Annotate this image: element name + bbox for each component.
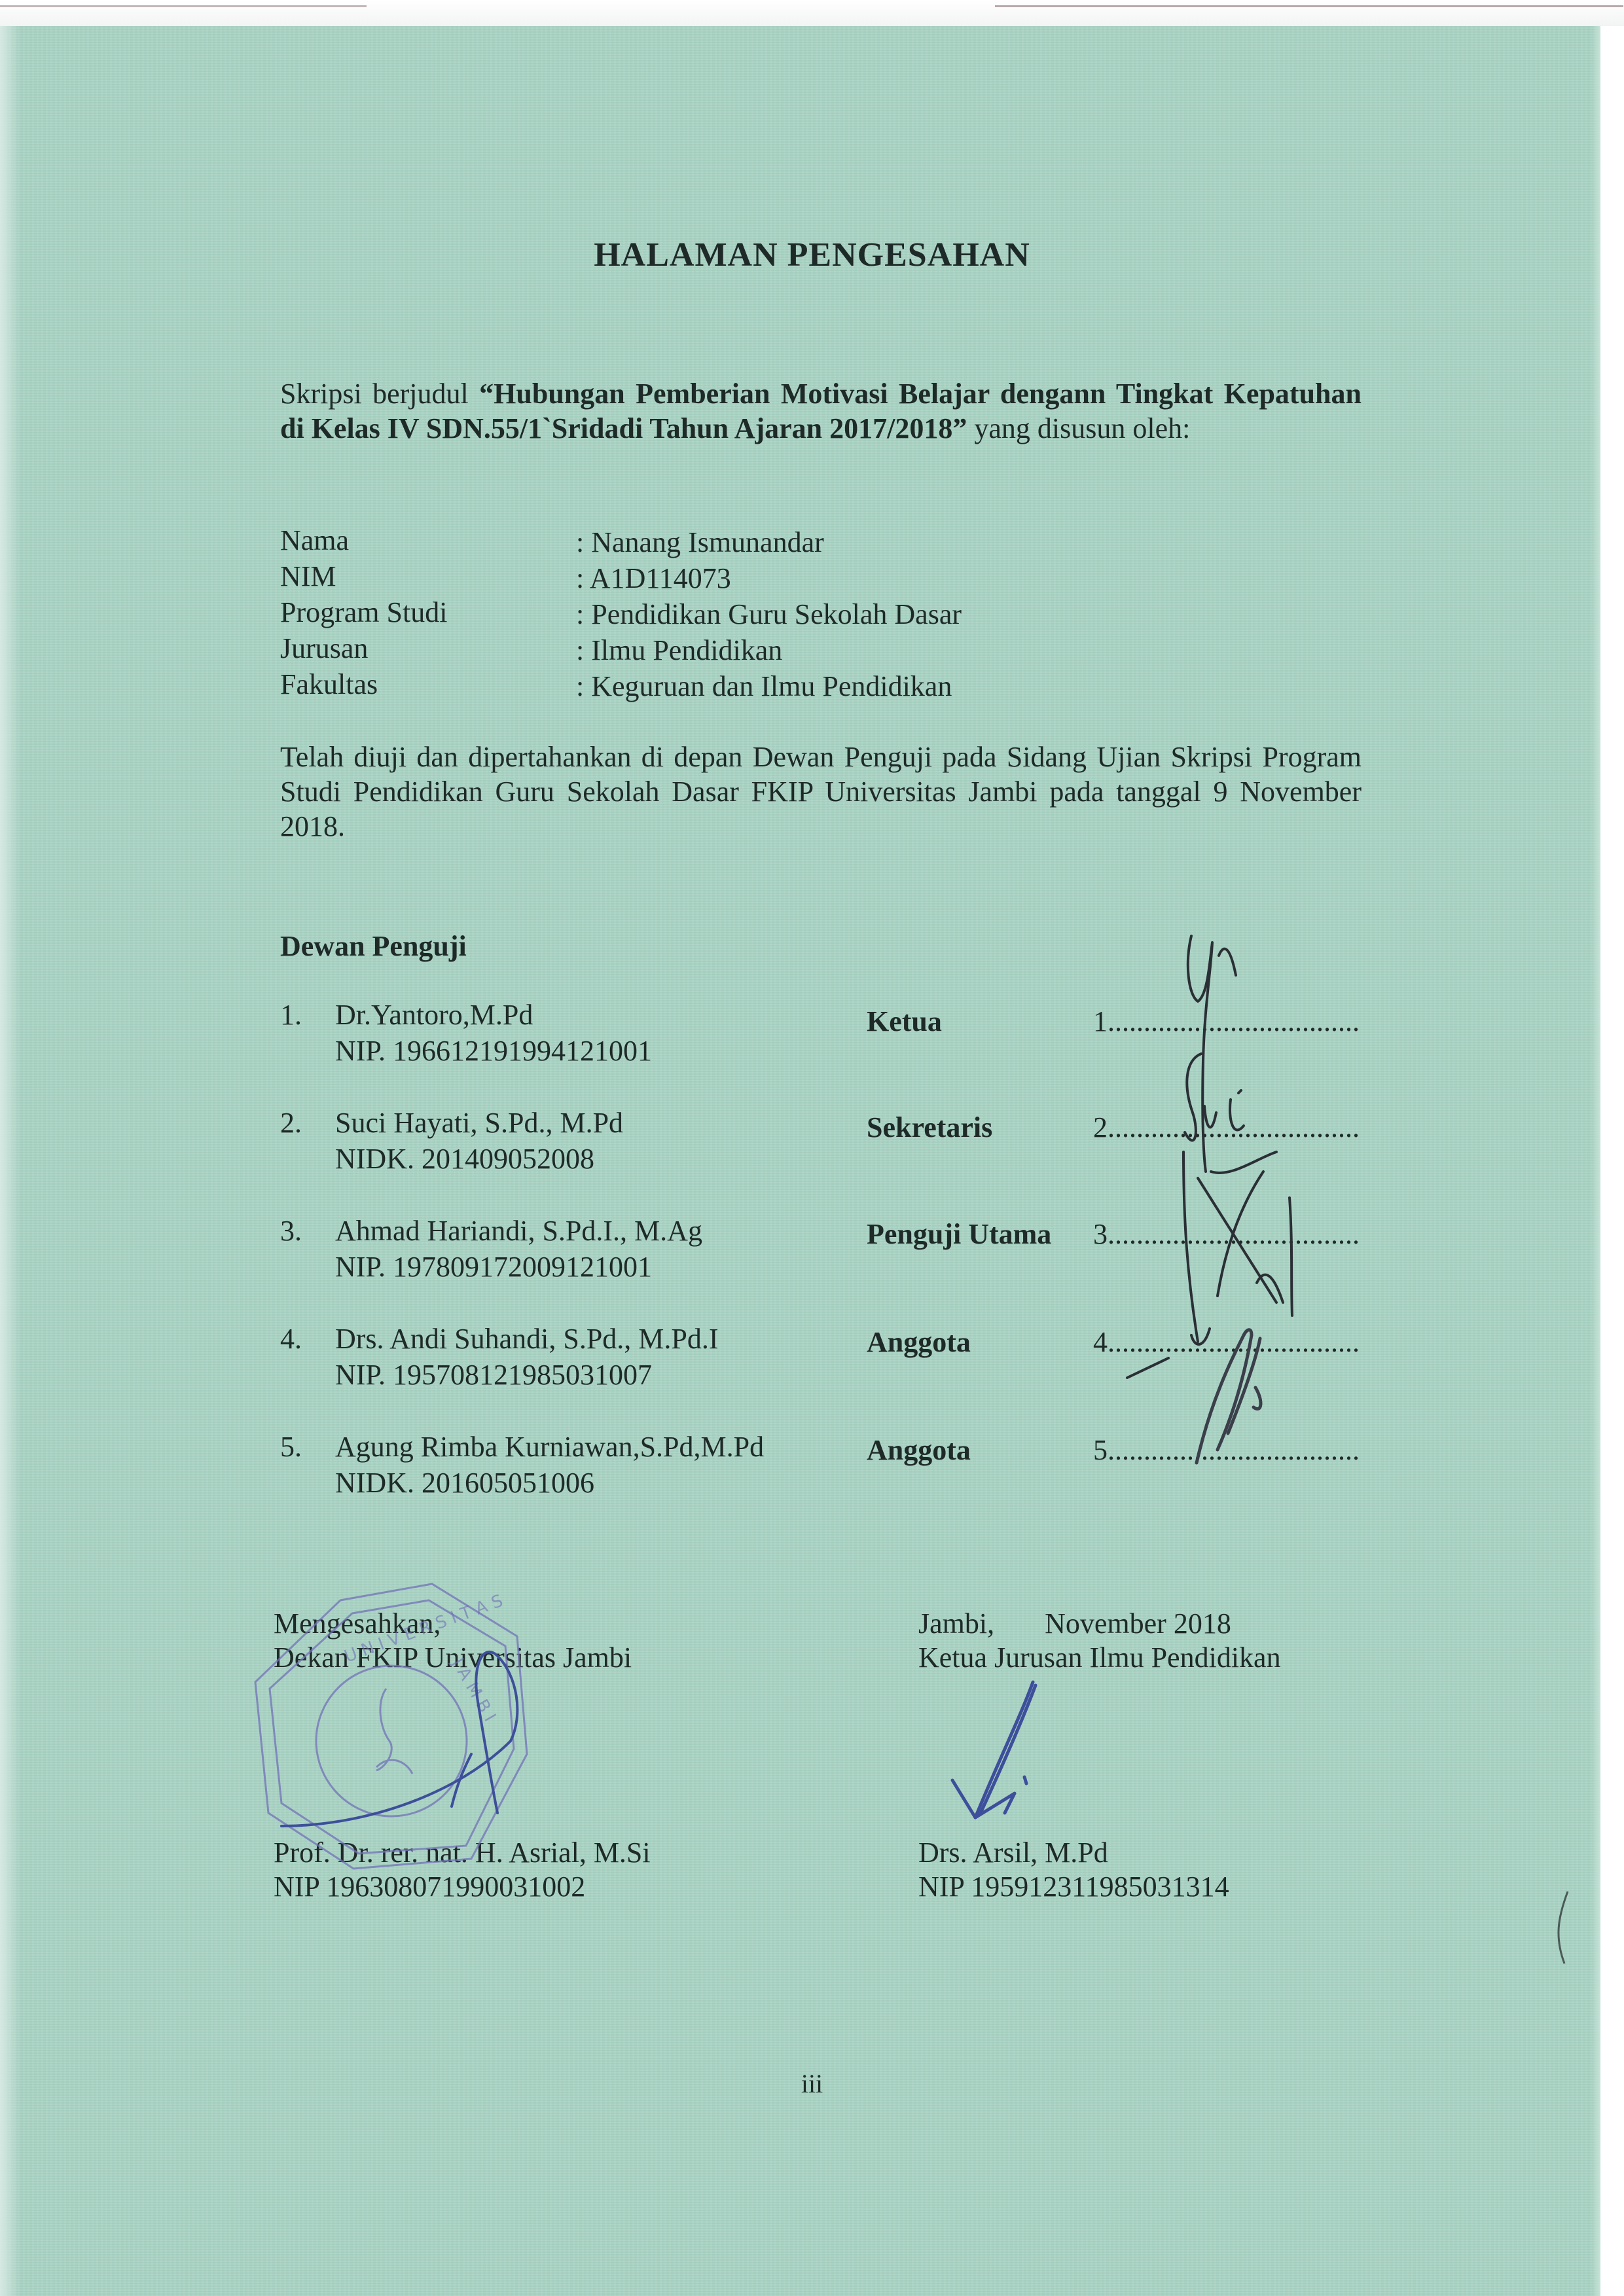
info-value-jurusan: : Ilmu Pendidikan — [576, 634, 782, 667]
info-label-program-studi: Program Studi — [280, 596, 447, 629]
examiner-role: Anggota — [867, 1325, 971, 1359]
examiner-name: Agung Rimba Kurniawan,S.Pd,M.Pd — [335, 1430, 764, 1463]
approval-head-of-department: Jambi, November 2018 Ketua Jurusan Ilmu … — [918, 1607, 1281, 1675]
examiner-number: 3. — [280, 1214, 302, 1247]
examiner-name: Suci Hayati, S.Pd., M.Pd — [335, 1106, 623, 1139]
department-signatory: Drs. Arsil, M.Pd NIP 195912311985031314 — [918, 1836, 1229, 1904]
intro-suffix: yang disusun oleh: — [967, 412, 1190, 444]
page-title: HALAMAN PENGESAHAN — [0, 236, 1624, 274]
signature-line: 5.......................................… — [1093, 1433, 1362, 1467]
examiner-number: 2. — [280, 1106, 302, 1139]
info-label-nim: NIM — [280, 560, 336, 593]
intro-prefix: Skripsi berjudul — [280, 378, 479, 410]
approval-dean: Mengesahkan, Dekan FKIP Universitas Jamb… — [274, 1607, 632, 1675]
info-value-nama: : Nanang Ismunandar — [576, 526, 824, 559]
examiner-number: 5. — [280, 1430, 302, 1463]
document-page — [0, 26, 1600, 2296]
signature-line: 2.......................................… — [1093, 1111, 1362, 1144]
examiner-name: Dr.Yantoro,M.Pd — [335, 998, 533, 1031]
examiners-heading: Dewan Penguji — [280, 929, 467, 963]
examiner-number: 1. — [280, 998, 302, 1031]
approval-dean-line2: Dekan FKIP Universitas Jambi — [274, 1641, 632, 1675]
department-head-id: NIP 195912311985031314 — [918, 1870, 1229, 1904]
approval-place-date: Jambi, November 2018 — [918, 1607, 1281, 1641]
defense-statement: Telah diuji dan dipertahankan di depan D… — [280, 740, 1362, 844]
dean-signatory: Prof. Dr. rer. nat. H. Asrial, M.Si NIP … — [274, 1836, 651, 1904]
examiner-role: Penguji Utama — [867, 1217, 1051, 1251]
info-value-nim: : A1D114073 — [576, 562, 731, 595]
examiner-id: NIP. 197809172009121001 — [335, 1250, 652, 1283]
info-value-program-studi: : Pendidikan Guru Sekolah Dasar — [576, 598, 962, 631]
examiner-id: NIDK. 201605051006 — [335, 1466, 594, 1499]
examiner-name: Ahmad Hariandi, S.Pd.I., M.Ag — [335, 1214, 702, 1247]
examiner-id: NIP. 195708121985031007 — [335, 1358, 652, 1391]
info-value-fakultas: : Keguruan dan Ilmu Pendidikan — [576, 670, 952, 703]
examiner-name: Drs. Andi Suhandi, S.Pd., M.Pd.I — [335, 1322, 719, 1355]
approval-department-title: Ketua Jurusan Ilmu Pendidikan — [918, 1641, 1281, 1675]
examiner-number: 4. — [280, 1322, 302, 1355]
info-label-jurusan: Jurusan — [280, 632, 368, 665]
info-label-nama: Nama — [280, 524, 349, 557]
approval-dean-line1: Mengesahkan, — [274, 1607, 632, 1641]
examiner-id: NIDK. 201409052008 — [335, 1142, 594, 1175]
page-number: iii — [0, 2068, 1624, 2099]
signature-line: 3.......................................… — [1093, 1217, 1362, 1251]
examiner-id: NIP. 196612191994121001 — [335, 1034, 652, 1067]
examiner-role: Ketua — [867, 1005, 942, 1038]
examiner-role: Anggota — [867, 1433, 971, 1467]
thesis-intro: Skripsi berjudul “Hubungan Pemberian Mot… — [280, 376, 1362, 446]
dean-name: Prof. Dr. rer. nat. H. Asrial, M.Si — [274, 1836, 651, 1870]
scan-edge-line — [0, 5, 367, 7]
signature-line: 4.......................................… — [1093, 1325, 1362, 1359]
dean-id: NIP 196308071990031002 — [274, 1870, 651, 1904]
scan-top-margin — [0, 0, 1624, 26]
signature-line: 1.......................................… — [1093, 1005, 1362, 1038]
examiner-role: Sekretaris — [867, 1111, 992, 1144]
info-label-fakultas: Fakultas — [280, 668, 378, 701]
scan-edge-line — [995, 5, 1623, 7]
department-head-name: Drs. Arsil, M.Pd — [918, 1836, 1229, 1870]
